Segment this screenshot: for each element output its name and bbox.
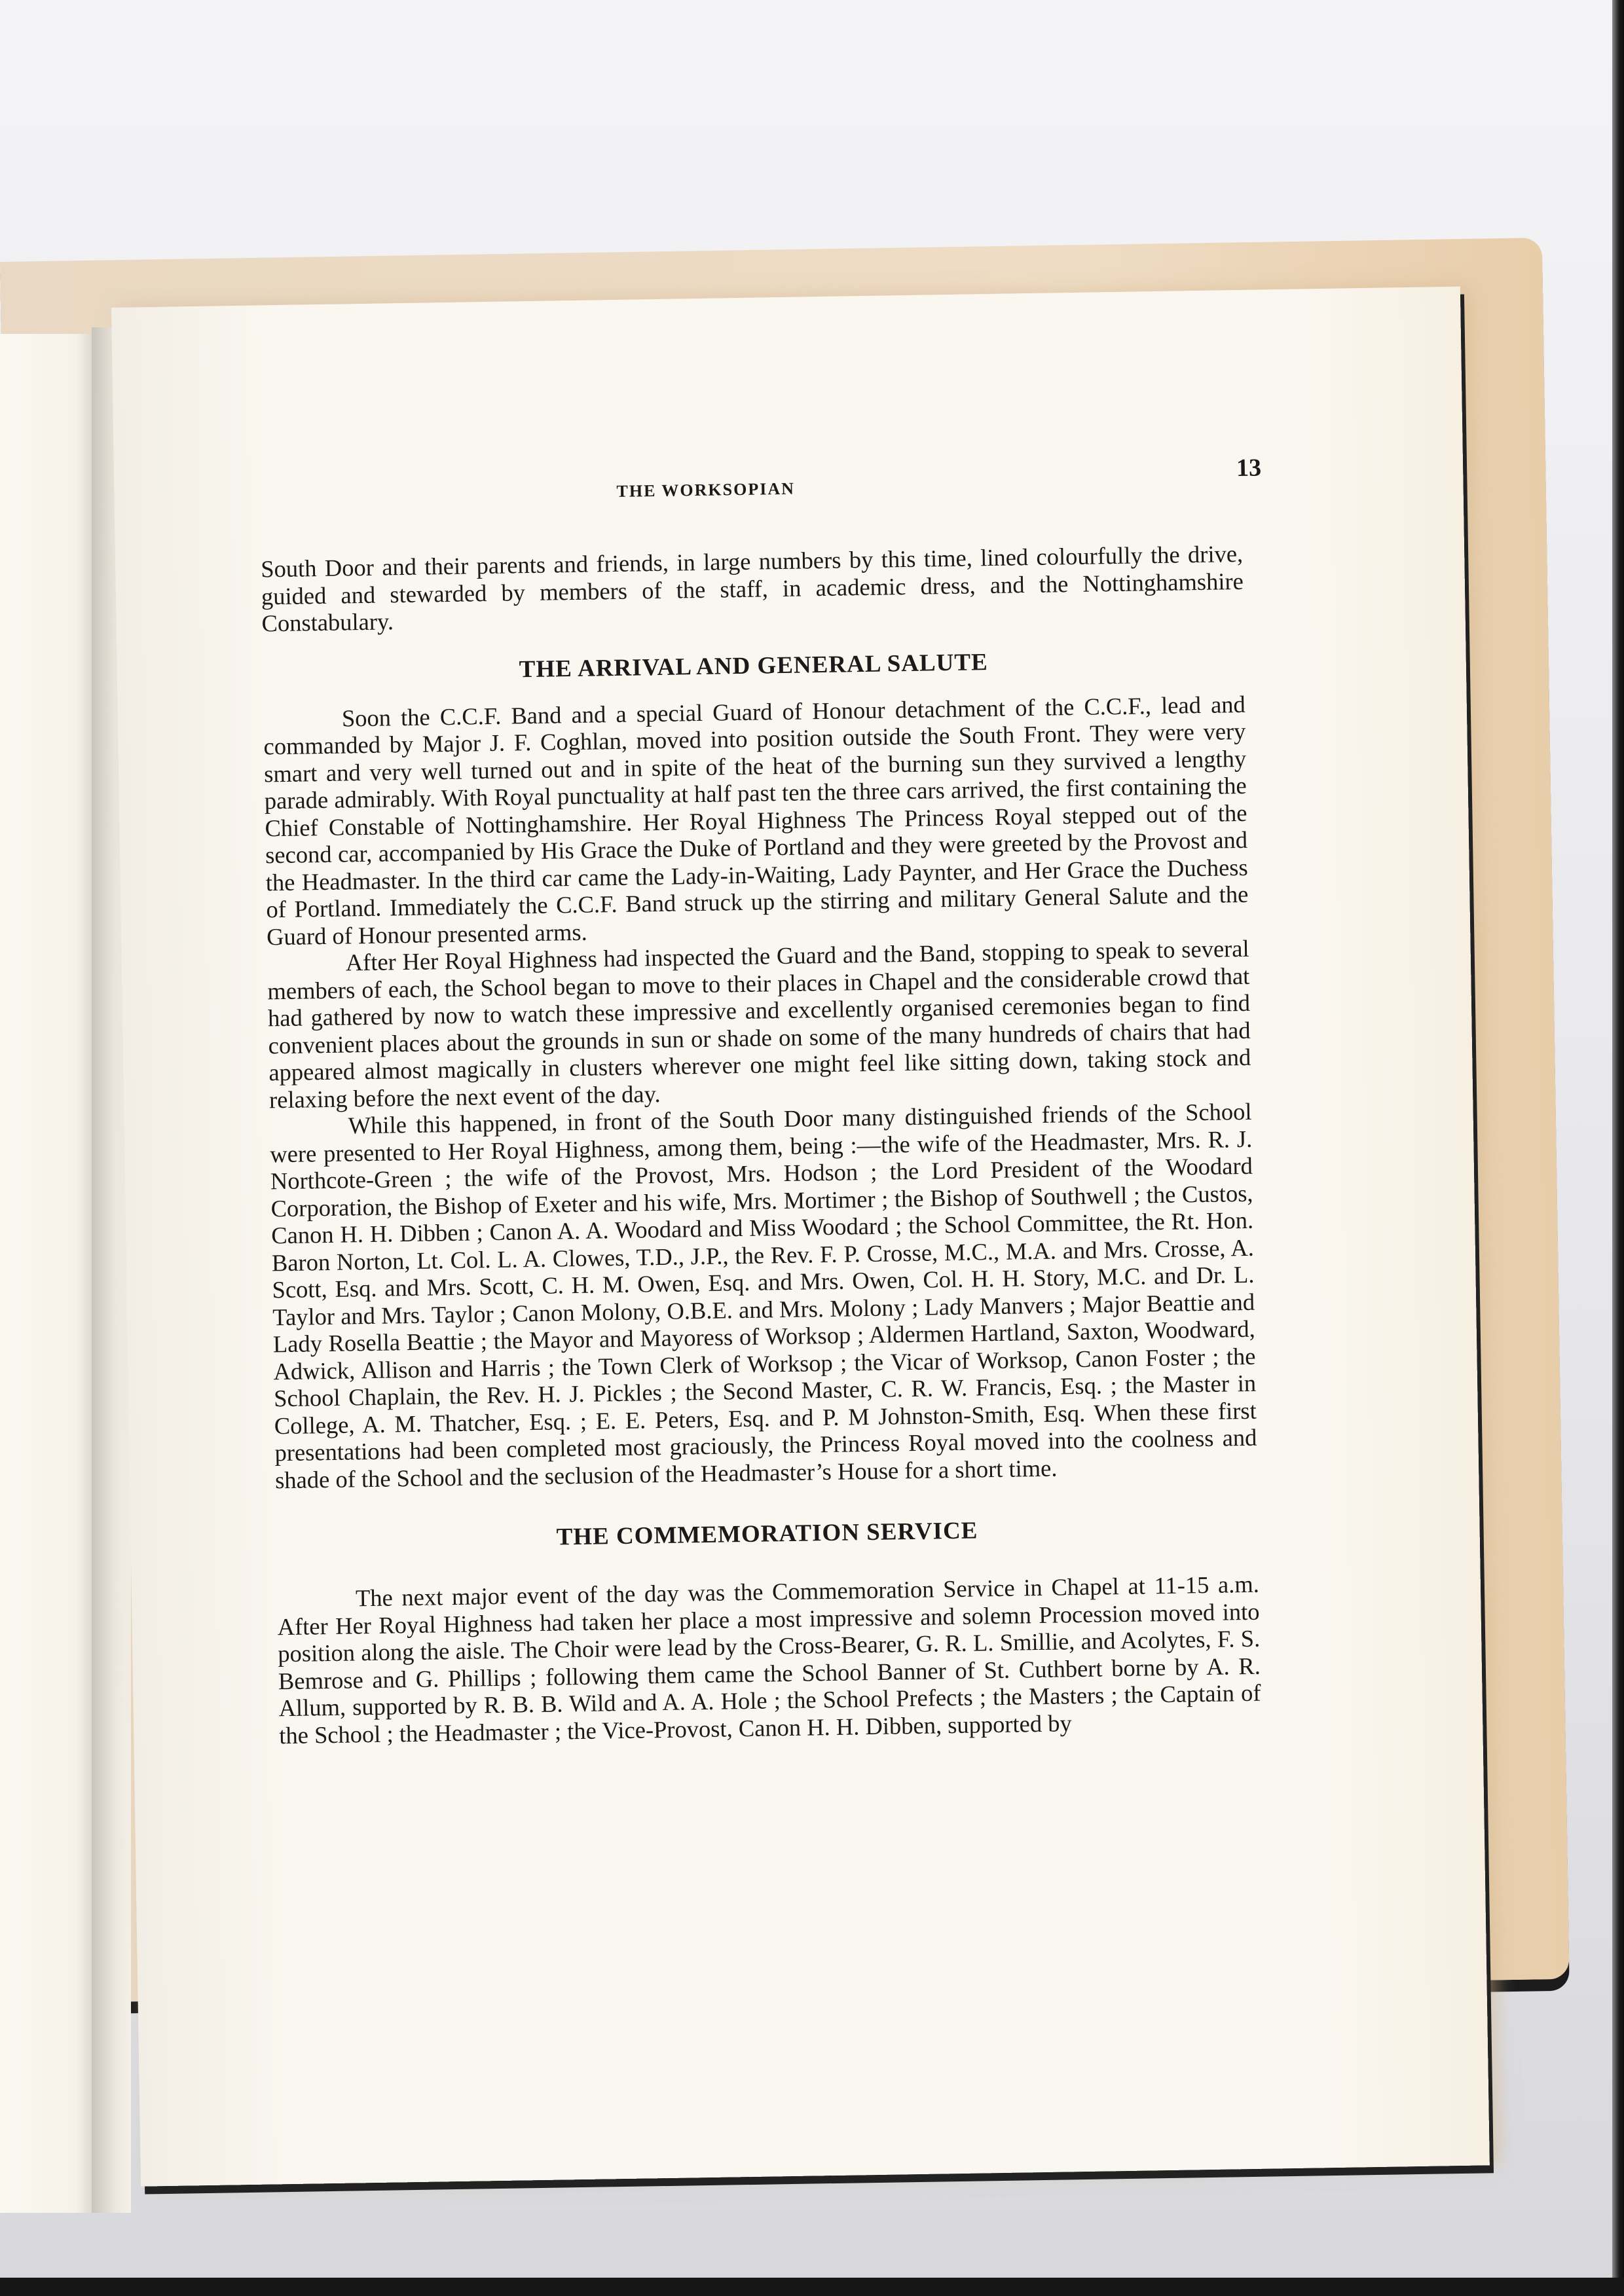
section-heading-commemoration: THE COMMEMORATION SERVICE: [276, 1512, 1258, 1556]
running-header: THE WORKSOPIAN 13: [259, 454, 1242, 509]
page-text-block: THE WORKSOPIAN 13 South Door and their p…: [259, 454, 1262, 1749]
paragraph-commemoration: The next major event of the day was the …: [277, 1571, 1262, 1749]
left-facing-page: [0, 334, 95, 2213]
scanner-edge-right: [1612, 0, 1624, 2296]
intro-paragraph: South Door and their parents and friends…: [261, 540, 1244, 637]
section-heading-arrival: THE ARRIVAL AND GENERAL SALUTE: [262, 644, 1244, 687]
page-number: 13: [1236, 453, 1262, 483]
paragraph-presentations: While this happened, in front of the Sou…: [269, 1098, 1257, 1493]
right-page: THE WORKSOPIAN 13 South Door and their p…: [111, 287, 1490, 2187]
scanner-edge-bottom: [0, 2278, 1624, 2296]
running-title: THE WORKSOPIAN: [616, 479, 795, 501]
paragraph-inspection: After Her Royal Highness had inspected t…: [267, 935, 1251, 1114]
paragraph-arrival: Soon the C.C.F. Band and a special Guard…: [263, 690, 1249, 950]
